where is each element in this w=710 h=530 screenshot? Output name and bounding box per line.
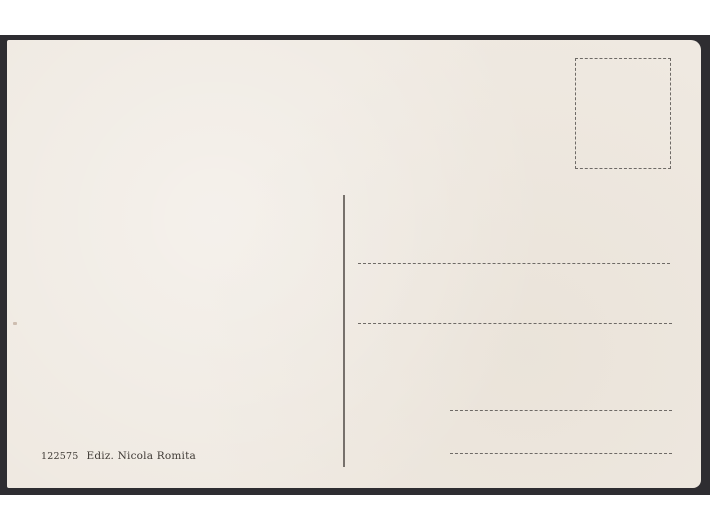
catalog-number: 122575 [41,451,78,462]
publisher-imprint: 122575Ediz. Nicola Romita [41,450,196,462]
center-divider-line [343,195,345,467]
address-line-2 [358,323,672,324]
address-line-1 [358,263,670,264]
stamp-box [575,58,671,169]
publisher-name: Ediz. Nicola Romita [86,450,195,462]
postcard-back: 122575Ediz. Nicola Romita [7,40,701,488]
address-line-3 [450,410,672,411]
address-line-4 [450,453,672,454]
stain-mark [13,322,17,325]
